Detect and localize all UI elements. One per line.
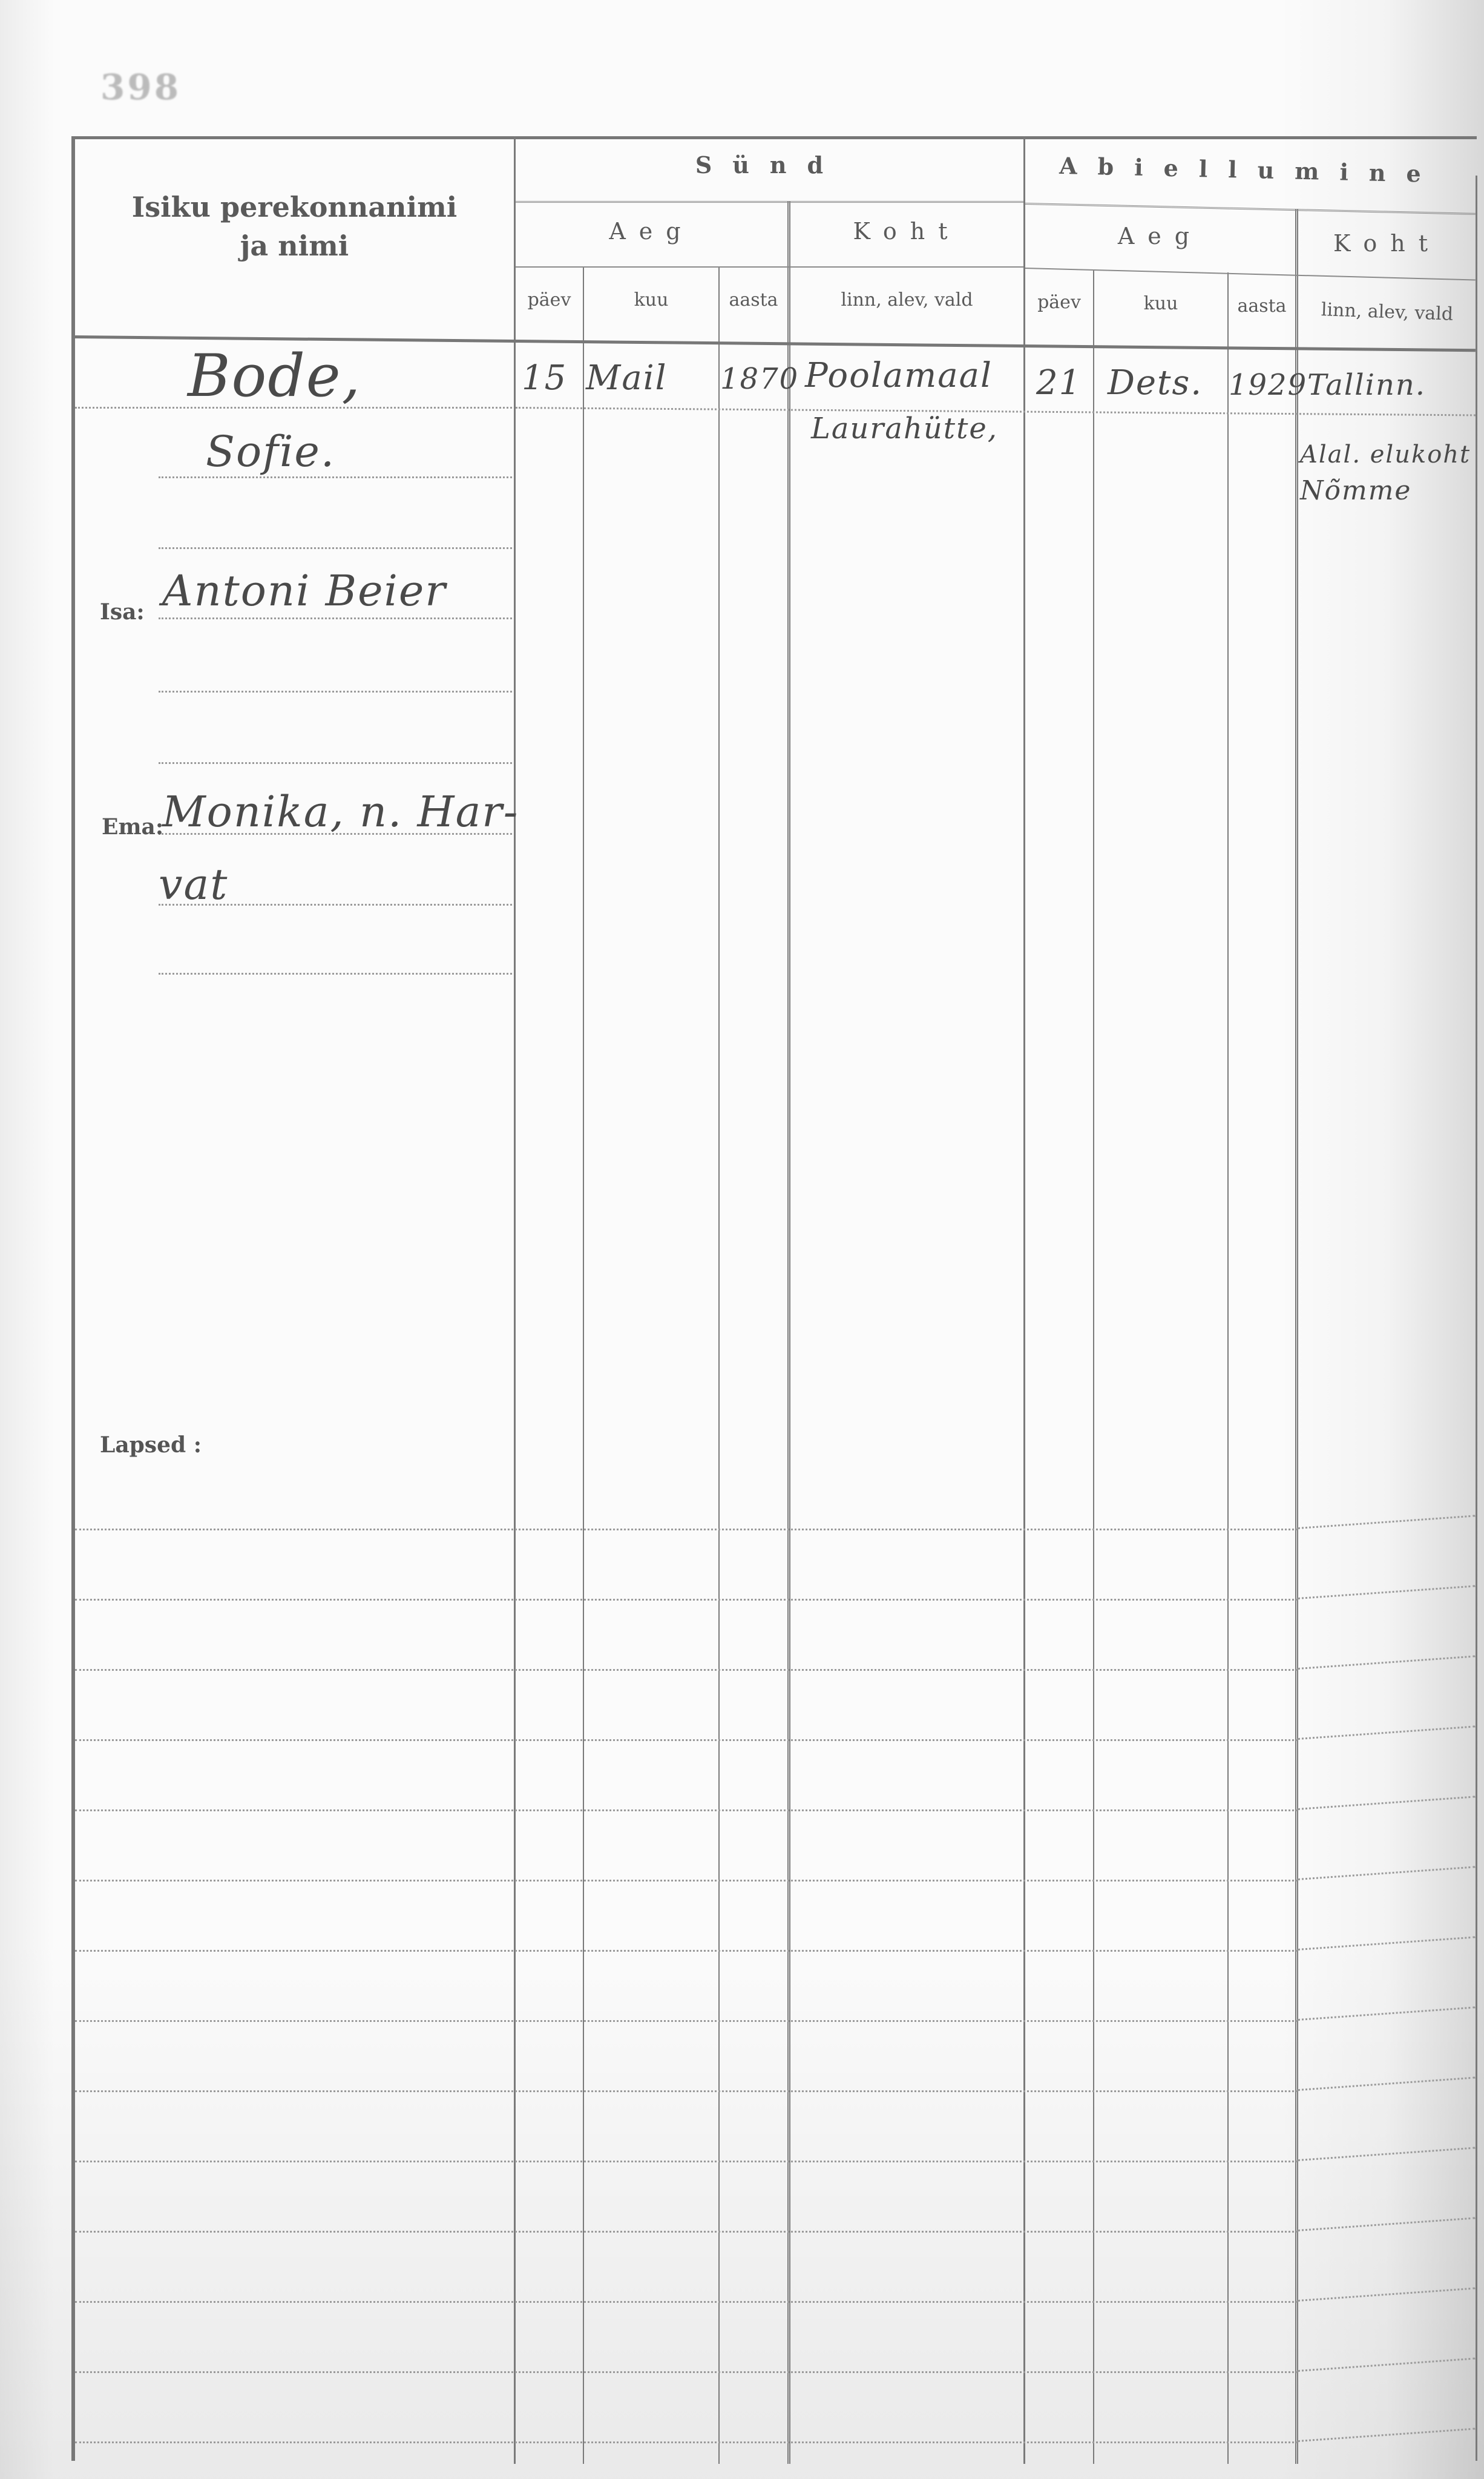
birth-month-value: Mail bbox=[586, 358, 668, 398]
children-row-line bbox=[75, 1739, 1298, 1741]
col-line-person bbox=[514, 136, 516, 2464]
marriage-title-underline bbox=[1025, 203, 1476, 217]
entry-mother-name-1: Monika, n. Har- bbox=[162, 787, 519, 837]
birth-place-value-2: Laurahütte, bbox=[811, 412, 998, 446]
children-row-line bbox=[75, 2161, 1298, 2162]
children-row-line bbox=[75, 2020, 1298, 2022]
children-row-line bbox=[75, 2301, 1298, 2303]
children-row-line-curl bbox=[1298, 1585, 1475, 1599]
children-row-line bbox=[75, 2090, 1298, 2092]
children-row-line-curl bbox=[1298, 1866, 1475, 1880]
birth-place-subheader: linn, alev, vald bbox=[790, 289, 1023, 311]
children-row-line bbox=[75, 1809, 1298, 1811]
mother-extra-line-2 bbox=[159, 973, 512, 975]
birth-time-header: Aeg bbox=[516, 218, 787, 245]
birth-year-value: 1870 bbox=[720, 362, 799, 396]
children-row-line bbox=[75, 1529, 1298, 1530]
children-row-line-curl bbox=[1298, 2287, 1475, 2302]
children-row-line-curl bbox=[1298, 1796, 1475, 1810]
firstname-line bbox=[159, 476, 512, 478]
children-row-line-curl bbox=[1298, 2076, 1475, 2091]
col-line-birth-year bbox=[787, 202, 790, 2464]
marriage-time-header: Aeg bbox=[1025, 223, 1295, 249]
marriage-place-subheader: linn, alev, vald bbox=[1298, 298, 1476, 326]
col-line-marriage-month bbox=[1227, 272, 1229, 2464]
children-row-line-curl bbox=[1298, 1515, 1475, 1529]
marriage-place-value-3: Nõmme bbox=[1300, 475, 1411, 506]
marriage-month-value: Dets. bbox=[1108, 363, 1203, 403]
children-row-line bbox=[75, 1950, 1298, 1952]
marriage-header: Abiellumine bbox=[1025, 151, 1476, 189]
name-extra-line bbox=[159, 547, 512, 549]
col-line-birth-day bbox=[583, 266, 584, 2464]
entry-first-name: Sofie. bbox=[206, 427, 335, 476]
children-row-line bbox=[75, 1669, 1298, 1671]
children-row-line-curl bbox=[1298, 2006, 1475, 2021]
children-row-line bbox=[75, 2441, 1298, 2443]
entry-surname: Bode, bbox=[188, 342, 361, 410]
person-column-header: Isiku perekonnanimi ja nimi bbox=[75, 188, 514, 265]
person-header-line2: ja nimi bbox=[75, 226, 514, 265]
children-row-line-curl bbox=[1298, 1725, 1475, 1740]
children-row-line bbox=[75, 1599, 1298, 1601]
children-label: Lapsed : bbox=[100, 1432, 202, 1458]
father-line bbox=[159, 617, 512, 619]
birth-header: Sünd bbox=[516, 151, 1023, 179]
father-label: Isa: bbox=[100, 599, 145, 625]
children-row-line-curl bbox=[1298, 1936, 1475, 1951]
children-row-line bbox=[75, 2231, 1298, 2233]
mother-label: Ema: bbox=[102, 814, 163, 840]
birth-day-header: päev bbox=[516, 289, 583, 311]
table-top-border bbox=[73, 136, 1477, 139]
marriage-place-value-1: Tallinn. bbox=[1307, 368, 1426, 402]
marriage-year-header: aasta bbox=[1229, 295, 1295, 317]
table-left-border bbox=[71, 136, 75, 2461]
father-extra-line-2 bbox=[159, 762, 512, 764]
birth-aeg-underline bbox=[516, 266, 1023, 268]
birth-place-value-1: Poolamaal bbox=[805, 356, 993, 395]
marriage-day-header: päev bbox=[1025, 292, 1093, 313]
marriage-month-header: kuu bbox=[1094, 293, 1227, 314]
children-row-line-curl bbox=[1298, 2357, 1475, 2372]
marriage-day-value: 21 bbox=[1036, 363, 1082, 403]
children-row-line-curl bbox=[1298, 2428, 1475, 2442]
birth-title-underline bbox=[516, 201, 1023, 205]
col-line-birth-month bbox=[718, 266, 720, 2464]
children-row-line-curl bbox=[1298, 2217, 1475, 2231]
birth-place-header: Koht bbox=[790, 218, 1023, 245]
entry-father-name: Antoni Beier bbox=[162, 566, 447, 616]
entry-mother-name-2: vat bbox=[159, 860, 228, 909]
col-line-birth-place bbox=[1023, 136, 1025, 2464]
children-row-line bbox=[75, 1880, 1298, 1881]
birth-day-value: 15 bbox=[522, 358, 567, 398]
children-row-line-curl bbox=[1298, 1655, 1475, 1670]
father-extra-line-1 bbox=[159, 691, 512, 693]
birth-month-header: kuu bbox=[584, 289, 718, 311]
marriage-place-header: Koht bbox=[1299, 230, 1476, 257]
children-row-line-curl bbox=[1298, 2147, 1475, 2161]
person-header-line1: Isiku perekonnanimi bbox=[75, 188, 514, 226]
page-number-stamp: 398 bbox=[100, 67, 181, 108]
col-line-marriage-day bbox=[1093, 269, 1094, 2464]
col-line-marriage-year bbox=[1295, 209, 1298, 2464]
marriage-year-value: 1929 bbox=[1229, 368, 1307, 402]
children-row-line bbox=[75, 2371, 1298, 2373]
birth-year-header: aasta bbox=[720, 289, 787, 311]
table-right-border bbox=[1476, 176, 1477, 2461]
marriage-place-value-2: Alal. elukoht bbox=[1300, 441, 1471, 469]
